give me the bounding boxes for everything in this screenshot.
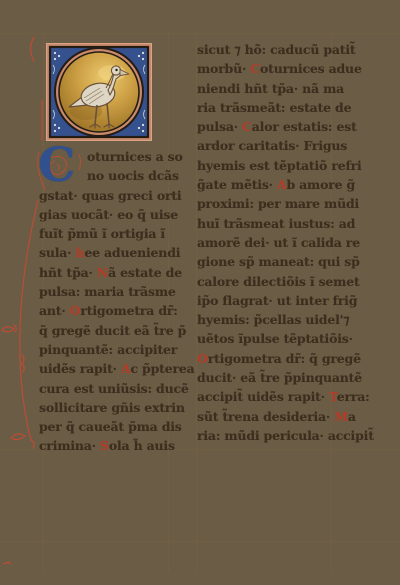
rubric-letter: N xyxy=(97,265,108,280)
text-run: q̃ gregẽ ducit eã t̃re p̃ xyxy=(39,323,186,338)
rubric-letter: C xyxy=(242,119,252,134)
text-line: ardor caritatis· Frigus xyxy=(197,136,374,155)
text-line: ant· Ortigometra dr̃: xyxy=(39,301,195,320)
rubric-letter: C xyxy=(250,61,260,76)
text-line: huĩ trãsmeat iustus: ad xyxy=(197,214,374,233)
text-line: per q̃ caueãt p̃ma dis xyxy=(39,417,195,436)
text-line: niendi hñt tp̃a· nã ma xyxy=(197,79,374,98)
text-line: sollicitare gñis extrin xyxy=(39,398,195,417)
text-run: niendi hñt tp̃a· nã ma xyxy=(197,81,344,96)
text-line: sicut ⁊ hõ: caducũ patit̃ xyxy=(197,40,374,59)
text-line: pinquantẽ: accipiter xyxy=(39,340,195,359)
text-run: no uocis dcãs xyxy=(87,168,179,183)
text-run: alor estatis: est xyxy=(252,119,357,134)
text-line: crimina· Sola h̃ auis xyxy=(39,436,195,455)
ruling-line xyxy=(0,541,400,542)
text-run: gias uocãt· eo q̃ uise xyxy=(39,207,178,222)
rubric-letter: O xyxy=(70,303,81,318)
text-run: ip̃o flagrat· ut inter frig̃ xyxy=(197,293,357,308)
text-line: no uocis dcãs xyxy=(39,166,195,185)
text-run: oturnices adue xyxy=(260,61,362,76)
text-line: calore dilectiõis ĩ semet xyxy=(197,272,374,291)
bird-miniature xyxy=(46,43,152,141)
text-run: ola h̃ auis xyxy=(109,438,175,453)
text-line: cura est uniũsis: ducẽ xyxy=(39,379,195,398)
text-column-left: oturnices a sono uocis dcãsgstat· quas g… xyxy=(39,147,195,456)
text-run: cura est uniũsis: ducẽ xyxy=(39,381,189,396)
text-run: rtigometra dr̃: xyxy=(80,303,177,318)
text-line: uidẽs rapit· Ac p̃pterea xyxy=(39,359,195,378)
rubric-letter: O xyxy=(197,351,208,366)
rubric-letter: S xyxy=(100,438,109,453)
rubric-letter: M xyxy=(334,409,348,424)
text-run: pulsa: maria trãsme xyxy=(39,284,176,299)
text-line: gstat· quas greci orti xyxy=(39,186,195,205)
text-line: amorẽ dei· ut ĩ calida re xyxy=(197,233,374,252)
text-run: sollicitare gñis extrin xyxy=(39,400,185,415)
text-run: pinquantẽ: accipiter xyxy=(39,342,177,357)
text-run: ria trãsmeãt: estate de xyxy=(197,100,351,115)
text-line: hñt tp̃a· Nã estate de xyxy=(39,263,195,282)
quail-icon xyxy=(46,43,152,141)
text-run: sula· xyxy=(39,245,75,260)
text-run: erra: xyxy=(337,389,370,404)
text-run: ee adueniendi xyxy=(84,245,180,260)
text-line: pulsa· Calor estatis: est xyxy=(197,117,374,136)
text-run: oturnices a so xyxy=(87,149,183,164)
text-run: crimina· xyxy=(39,438,100,453)
text-run: c p̃pterea xyxy=(130,361,194,376)
text-line: hyemis est tẽptatiõ refri xyxy=(197,156,374,175)
text-line: pulsa: maria trãsme xyxy=(39,282,195,301)
text-run: amorẽ dei· ut ĩ calida re xyxy=(197,235,360,250)
text-run: ria: mũdi pericula· accipit̃ xyxy=(197,428,374,443)
text-run: huĩ trãsmeat iustus: ad xyxy=(197,216,355,231)
text-run: b amore g̃ xyxy=(286,177,355,192)
text-line: g̃ate mẽtis· Ab amore g̃ xyxy=(197,175,374,194)
text-line: accipit̃ uidẽs rapit· Terra: xyxy=(197,387,374,406)
text-line: ria: mũdi pericula· accipit̃ xyxy=(197,426,374,445)
text-line: sũt t̃rena desideria· Ma xyxy=(197,407,374,426)
text-line: ria trãsmeãt: estate de xyxy=(197,98,374,117)
text-run: proximi: per mare mũdi xyxy=(197,196,359,211)
text-line: ducit· eã t̃re p̃pinquantẽ xyxy=(197,368,374,387)
text-line: ip̃o flagrat· ut inter frig̃ xyxy=(197,291,374,310)
text-run: ardor caritatis· Frigus xyxy=(197,138,347,153)
text-run: morbũ· xyxy=(197,61,250,76)
text-run: ã estate de xyxy=(108,265,182,280)
text-run: gstat· quas greci orti xyxy=(39,188,181,203)
rubric-letter: T xyxy=(329,389,337,404)
text-run: hñt tp̃a· xyxy=(39,265,97,280)
text-line: q̃ gregẽ ducit eã t̃re p̃ xyxy=(39,321,195,340)
text-run: per q̃ caueãt p̃ma dis xyxy=(39,419,182,434)
text-run: calore dilectiõis ĩ semet xyxy=(197,274,360,289)
text-column-right: sicut ⁊ hõ: caducũ patit̃morbũ· Coturnic… xyxy=(197,40,374,445)
text-run: ant· xyxy=(39,303,70,318)
text-run: sũt t̃rena desideria· xyxy=(197,409,334,424)
text-run: ducit· eã t̃re p̃pinquantẽ xyxy=(197,370,362,385)
text-run: g̃ate mẽtis· xyxy=(197,177,277,192)
text-run: uẽtos ĩpulse tẽptatiõis· xyxy=(197,331,353,346)
text-line: gias uocãt· eo q̃ uise xyxy=(39,205,195,224)
text-run: accipit̃ uidẽs rapit· xyxy=(197,389,329,404)
text-run: a xyxy=(348,409,356,424)
text-run: rtigometra dr̃: q̃ gregẽ xyxy=(208,351,361,366)
text-run: hyemis: p̃cellas uidel'⁊ xyxy=(197,312,349,327)
text-line: sula· hee adueniendi xyxy=(39,243,195,262)
text-line: proximi: per mare mũdi xyxy=(197,194,374,213)
text-run: hyemis est tẽptatiõ refri xyxy=(197,158,362,173)
text-line: fuĩt p̃mũ ĩ ortigia ĩ xyxy=(39,224,195,243)
ruling-line xyxy=(0,33,400,34)
text-line: gione sp̃ maneat: qui sp̃ xyxy=(197,252,374,271)
text-run: pulsa· xyxy=(197,119,242,134)
text-line: morbũ· Coturnices adue xyxy=(197,59,374,78)
text-line: hyemis: p̃cellas uidel'⁊ xyxy=(197,310,374,329)
text-run: fuĩt p̃mũ ĩ ortigia ĩ xyxy=(39,226,165,241)
manuscript-page: C oturnices a sono uocis dcãsgstat· quas… xyxy=(0,0,400,585)
text-run: sicut ⁊ hõ: caducũ patit̃ xyxy=(197,42,356,57)
text-run: uidẽs rapit· xyxy=(39,361,121,376)
text-line: uẽtos ĩpulse tẽptatiõis· xyxy=(197,329,374,348)
text-line: oturnices a so xyxy=(39,147,195,166)
text-run: gione sp̃ maneat: qui sp̃ xyxy=(197,254,360,269)
text-line: Ortigometra dr̃: q̃ gregẽ xyxy=(197,349,374,368)
